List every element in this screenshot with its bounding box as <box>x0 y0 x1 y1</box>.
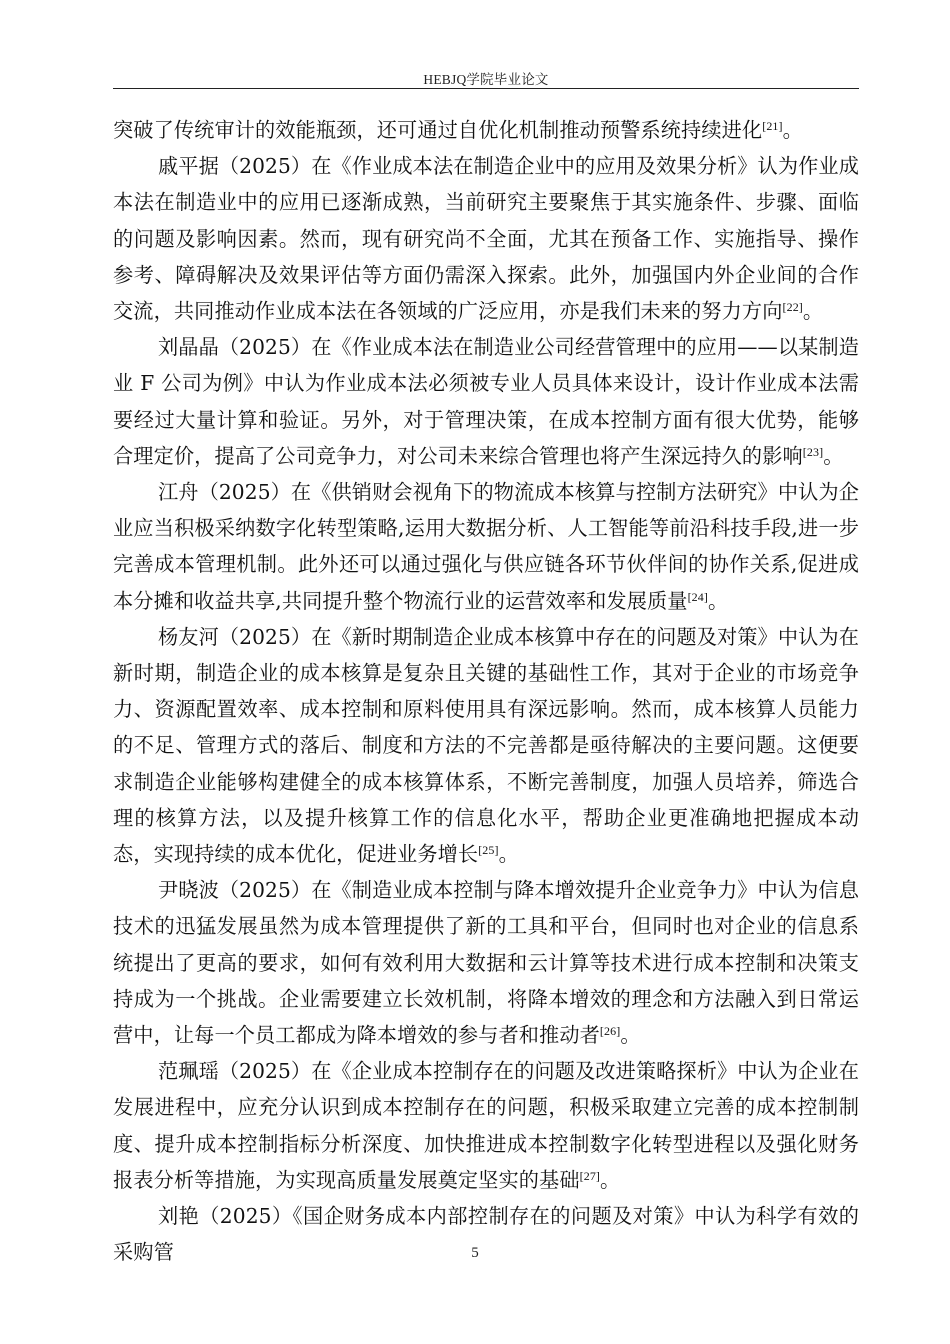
running-header: HEBJQ学院毕业论文 <box>113 68 859 88</box>
citation-23: [23] <box>803 445 823 459</box>
header-rule <box>113 88 859 89</box>
paragraph-text: 突破了传统审计的效能瓶颈，还可通过自优化机制推动预警系统持续进化 <box>113 118 762 142</box>
paragraph-text: 刘晶晶（2025）在《作业成本法在制造业公司经营管理中的应用——以某制造业 F … <box>113 335 859 468</box>
page-number: 5 <box>0 1245 950 1262</box>
paragraph-tail: 。 <box>783 118 803 142</box>
paragraph-tail: 。 <box>600 1168 620 1192</box>
paragraph-jiang-zhou: 江舟（2025）在《供销财会视角下的物流成本核算与控制方法研究》中认为企业应当积… <box>113 474 859 619</box>
body-text: 突破了传统审计的效能瓶颈，还可通过自优化机制推动预警系统持续进化[21]。 戚平… <box>113 112 859 1271</box>
paragraph-text: 范珮瑶（2025）在《企业成本控制存在的问题及改进策略探析》中认为企业在发展进程… <box>113 1059 859 1192</box>
citation-24: [24] <box>688 590 708 604</box>
paragraph-text: 杨友河（2025）在《新时期制造企业成本核算中存在的问题及对策》中认为在新时期，… <box>113 625 859 866</box>
paragraph-fan-peiyao: 范珮瑶（2025）在《企业成本控制存在的问题及改进策略探析》中认为企业在发展进程… <box>113 1053 859 1198</box>
paragraph-text: 江舟（2025）在《供销财会视角下的物流成本核算与控制方法研究》中认为企业应当积… <box>113 480 859 613</box>
citation-26: [26] <box>600 1024 620 1038</box>
citation-27: [27] <box>580 1169 600 1183</box>
paragraph-tail: 。 <box>499 842 519 866</box>
paragraph-tail: 。 <box>620 1023 640 1047</box>
paragraph-tail: 。 <box>708 589 728 613</box>
citation-22: [22] <box>783 300 803 314</box>
paragraph-text: 尹晓波（2025）在《制造业成本控制与降本增效提升企业竞争力》中认为信息技术的迅… <box>113 878 859 1047</box>
paragraph-text: 戚平据（2025）在《作业成本法在制造企业中的应用及效果分析》认为作业成本法在制… <box>113 154 859 323</box>
document-page: HEBJQ学院毕业论文 突破了传统审计的效能瓶颈，还可通过自优化机制推动预警系统… <box>0 0 950 1344</box>
paragraph-yang-youhe: 杨友河（2025）在《新时期制造企业成本核算中存在的问题及对策》中认为在新时期，… <box>113 619 859 872</box>
paragraph-tail: 。 <box>803 299 823 323</box>
paragraph-qi-pingju: 戚平据（2025）在《作业成本法在制造企业中的应用及效果分析》认为作业成本法在制… <box>113 148 859 329</box>
paragraph-continuation: 突破了传统审计的效能瓶颈，还可通过自优化机制推动预警系统持续进化[21]。 <box>113 112 859 148</box>
paragraph-tail: 。 <box>823 444 843 468</box>
citation-21: [21] <box>762 119 782 133</box>
citation-25: [25] <box>478 843 498 857</box>
paragraph-yin-xiaobo: 尹晓波（2025）在《制造业成本控制与降本增效提升企业竞争力》中认为信息技术的迅… <box>113 872 859 1053</box>
paragraph-liu-jingjing: 刘晶晶（2025）在《作业成本法在制造业公司经营管理中的应用——以某制造业 F … <box>113 329 859 474</box>
